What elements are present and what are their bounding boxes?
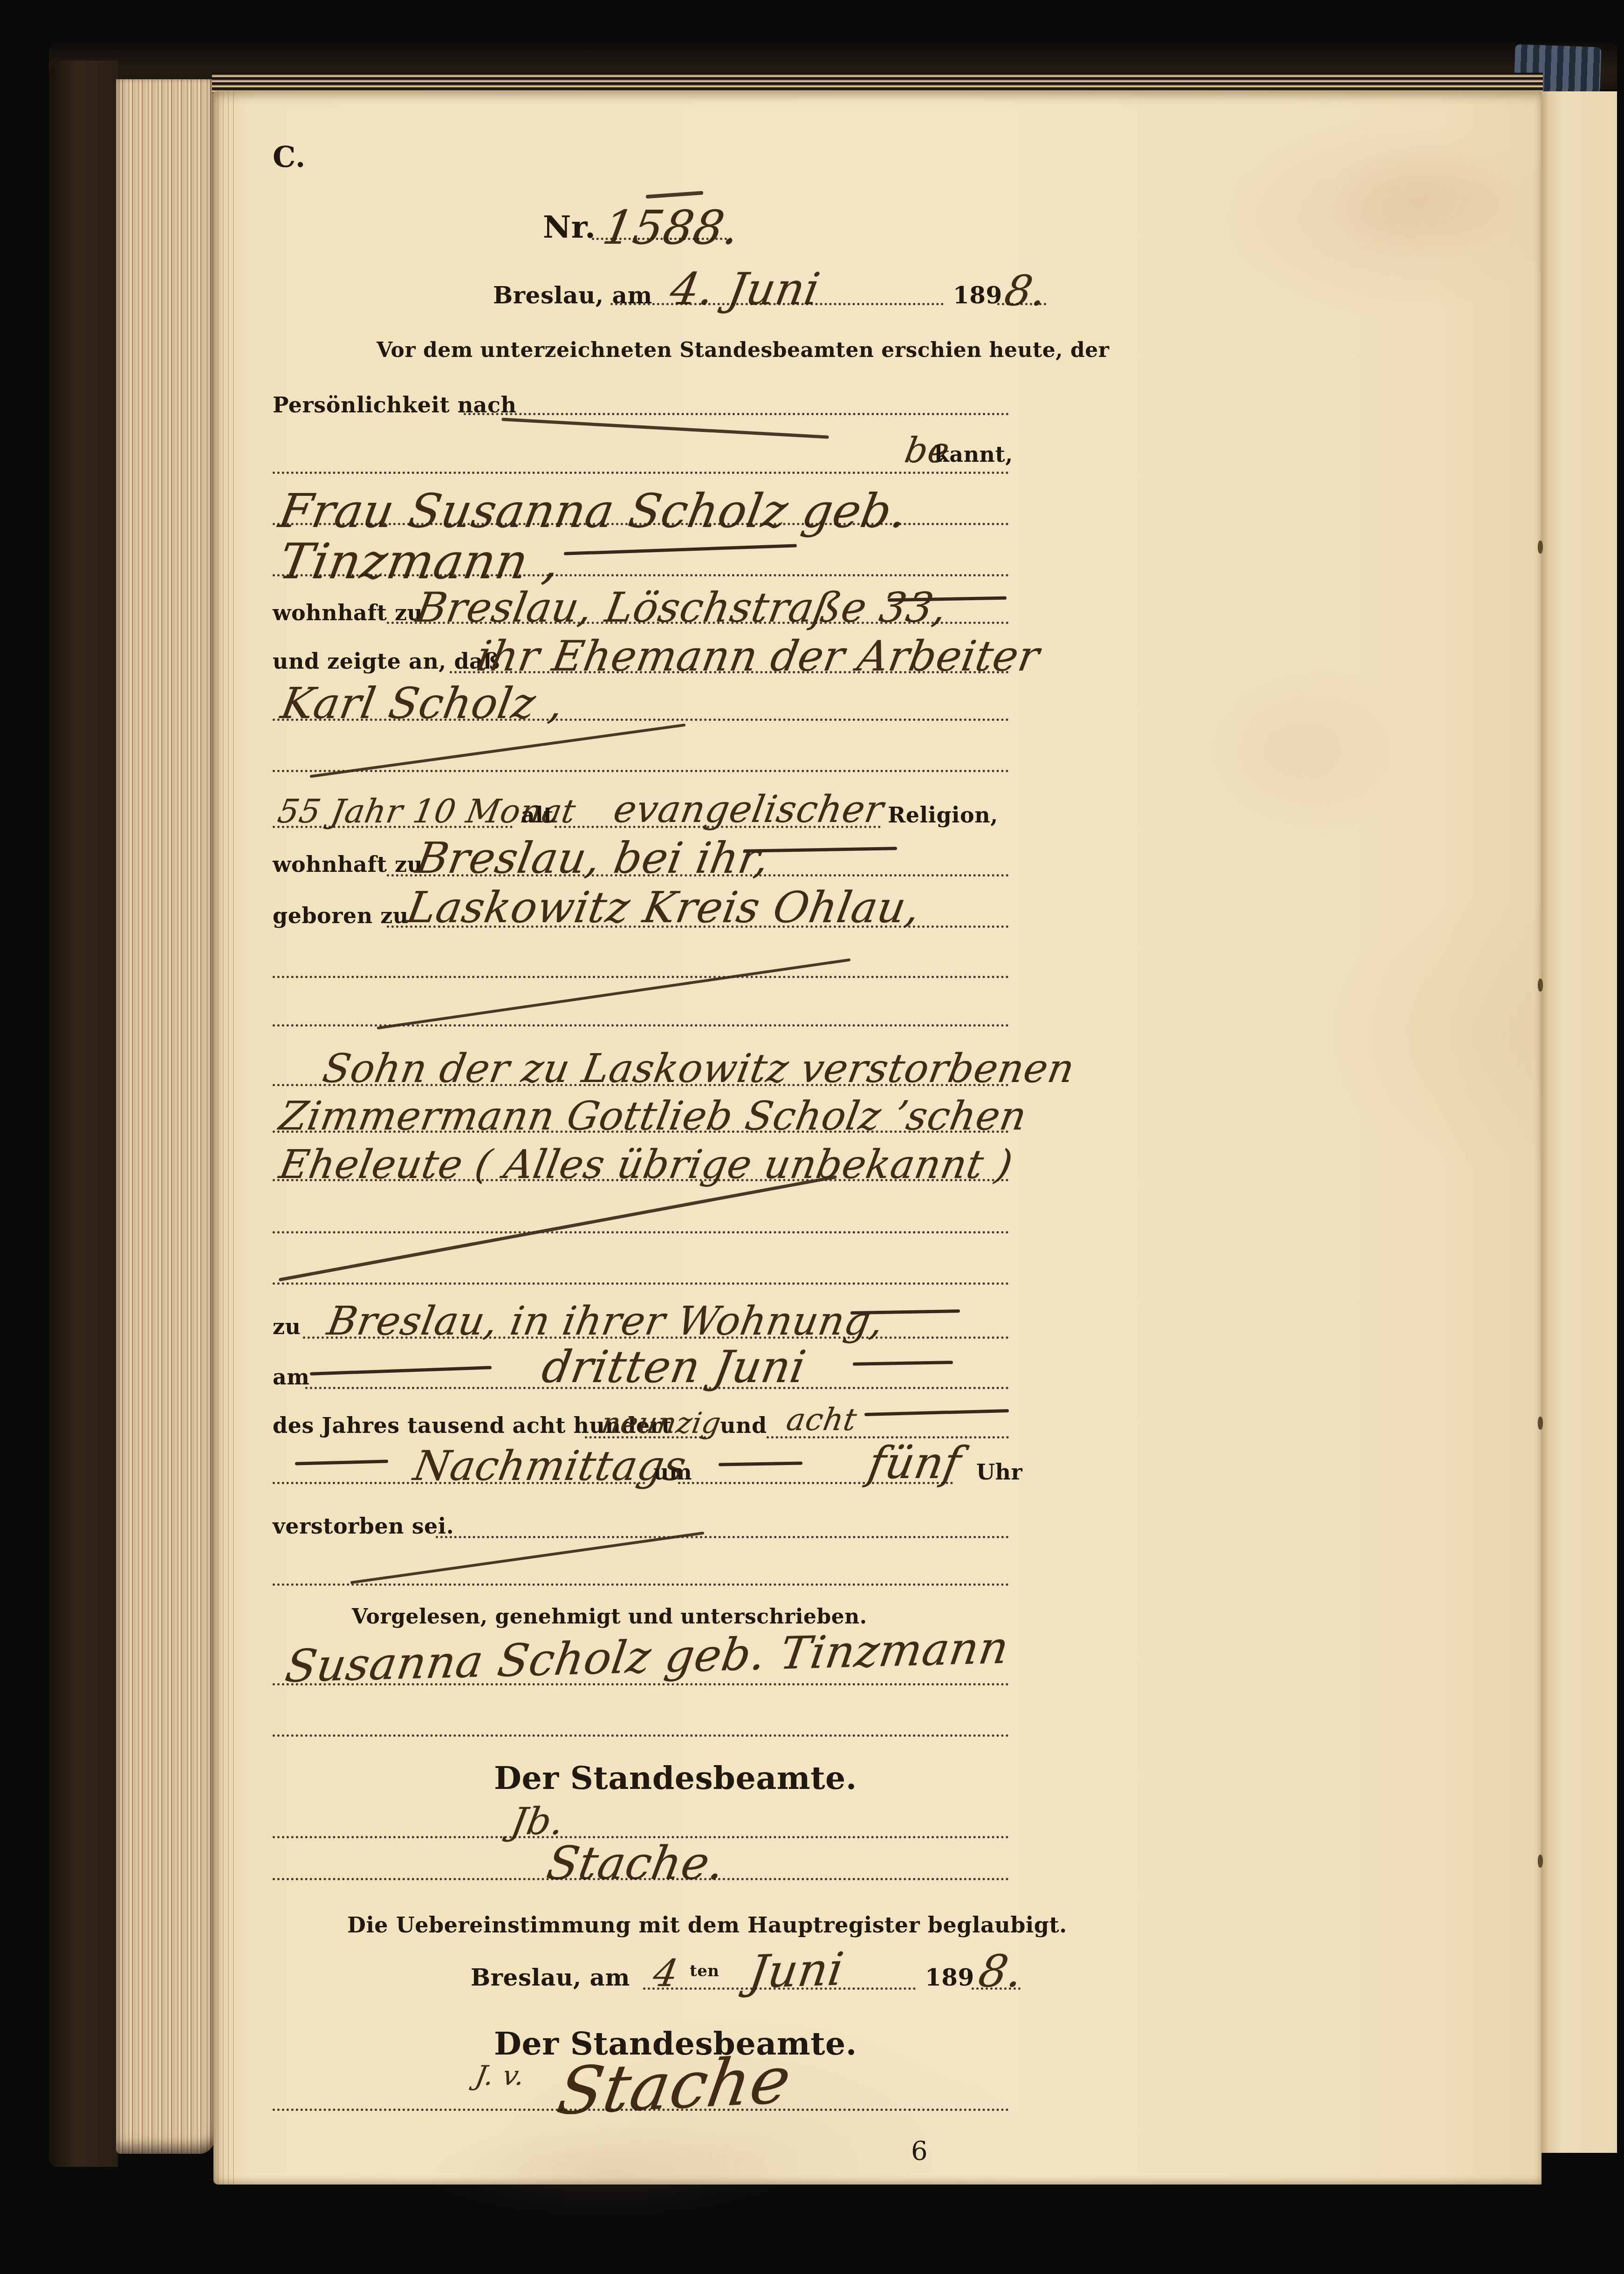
closing-verstorben: verstorben sei. <box>273 1514 454 1539</box>
residence1-value: Breslau, Löschstraße 33, <box>412 583 951 631</box>
age-alt-label: alt <box>521 802 554 828</box>
dotted-rule <box>643 1987 916 1990</box>
registrar-signature-1: Stache. <box>543 1837 729 1890</box>
dotted-rule <box>678 1482 953 1484</box>
dotted-rule <box>610 303 944 305</box>
dotted-rule <box>273 1179 1009 1181</box>
registrar-signature-2: Stache <box>552 2042 796 2130</box>
dotted-rule <box>585 1436 711 1438</box>
cert-place-label: Breslau, am <box>471 1964 630 1991</box>
scanned-register-page: C. Nr. 1588. Breslau, am 4. Juni 189 8. … <box>0 0 1624 2274</box>
dotted-rule <box>273 1878 1009 1880</box>
book-cover-spine <box>49 61 118 2167</box>
death-place-label: zu <box>273 1314 301 1339</box>
cert-day-suffix: ten <box>690 1962 719 1980</box>
dotted-rule <box>273 976 1009 978</box>
death-day-value: dritten Juni <box>538 1342 810 1393</box>
dotted-rule <box>273 1482 645 1484</box>
dotted-rule <box>273 1583 1009 1586</box>
dotted-rule <box>555 826 881 828</box>
record-number-value: 1588. <box>599 200 744 255</box>
binding-stitch <box>1538 1855 1543 1868</box>
dotted-rule <box>273 1683 1009 1685</box>
dotted-rule <box>387 925 1009 928</box>
dotted-rule <box>273 1282 1009 1285</box>
declarant-name-line1: Frau Susanna Scholz geb. <box>275 484 911 538</box>
cert-month-written: Juni <box>746 1943 847 1999</box>
religion-value: evangelischer <box>610 788 887 831</box>
dotted-rule <box>273 574 1009 576</box>
dotted-rule <box>273 472 1009 474</box>
dotted-rule <box>972 1987 1021 1990</box>
intro-line: Vor dem unterzeichneten Standesbeamten e… <box>377 338 1109 362</box>
binding-stitch <box>1538 541 1543 554</box>
dotted-rule <box>997 303 1046 305</box>
closing-vorgelesen: Vorgelesen, genehmigt und unterschrieben… <box>352 1605 867 1629</box>
under-page-edge-lines <box>213 91 234 2185</box>
dotted-rule <box>273 2109 1009 2111</box>
dotted-rule <box>450 671 1009 673</box>
head-year-written: 8. <box>1001 267 1050 315</box>
death-day-label: am <box>273 1364 309 1390</box>
page-number: 6 <box>911 2136 928 2166</box>
birthplace-value: Laskowitz Kreis Ohlau, <box>403 883 925 932</box>
death-time-label1: um <box>653 1459 692 1485</box>
registrar-title-1: Der Standesbeamte. <box>494 1760 857 1797</box>
report-value: ihr Ehemann der Arbeiter <box>473 632 1043 681</box>
death-year-value2: acht <box>784 1402 860 1438</box>
dotted-rule <box>303 1336 1009 1339</box>
dotted-rule <box>273 1024 1009 1027</box>
dotted-rule <box>273 770 1009 772</box>
dotted-rule <box>436 1536 1009 1538</box>
identity-printed-kannt: kannt, <box>934 442 1013 467</box>
dotted-rule <box>273 1084 1009 1086</box>
report-label: und zeigte an, daß <box>273 649 500 674</box>
page-stack-top-edge <box>212 73 1543 93</box>
declarant-name-line2: Tinzmann , <box>275 533 565 590</box>
head-date-written: 4. Juni <box>666 264 824 315</box>
registrar-signature-2-prefix: J. v. <box>473 2060 528 2091</box>
binding-stitch <box>1538 1417 1543 1430</box>
dotted-rule <box>273 523 1009 525</box>
record-number-label: Nr. <box>543 209 596 245</box>
adjacent-page-sliver <box>1542 91 1617 2153</box>
head-year-printed: 189 <box>953 281 1002 309</box>
binding-stitch <box>1538 979 1543 992</box>
residence2-label: wohnhaft zu <box>273 852 423 877</box>
dotted-rule <box>387 874 1009 877</box>
dotted-rule <box>273 1130 1009 1133</box>
birthplace-label: geboren zu <box>273 903 409 928</box>
dotted-rule <box>273 1231 1009 1233</box>
dotted-rule <box>592 238 732 240</box>
certification-line: Die Uebereinstimmung mit dem Hauptregist… <box>347 1912 1067 1938</box>
death-time-label2: Uhr <box>976 1459 1022 1485</box>
dotted-rule <box>387 622 1009 624</box>
cert-year-printed: 189 <box>925 1964 974 1991</box>
death-year-label2: und <box>720 1413 767 1438</box>
death-year-value1: neunzig <box>599 1406 724 1440</box>
death-time-value2: fünf <box>864 1438 965 1489</box>
dotted-rule <box>305 1387 1009 1389</box>
dotted-rule <box>273 1734 1009 1737</box>
section-letter: C. <box>273 140 306 174</box>
religion-label: Religion, <box>888 802 998 828</box>
page-stack-fore-edge <box>116 79 215 2154</box>
dotted-rule <box>464 413 1009 415</box>
dotted-rule <box>273 826 513 828</box>
dotted-rule <box>273 719 1009 721</box>
